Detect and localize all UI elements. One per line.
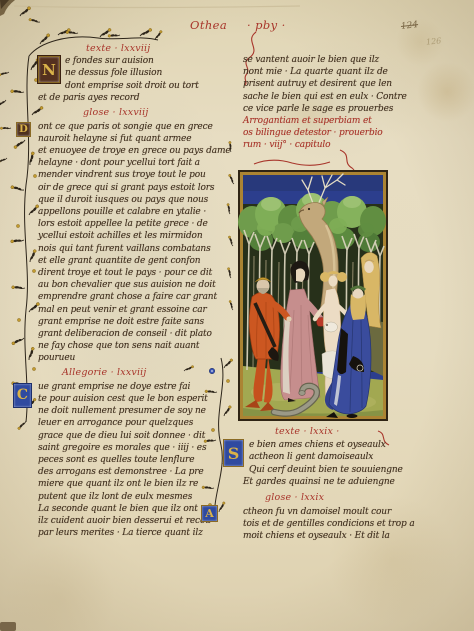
text-line: actheon li gent damoiseaulx [243,451,425,463]
text-line: Qui cerf deuint bien te souuiengne [243,464,425,476]
text-line: mal en peut venir et grant essoine car [38,304,234,316]
right-text-column-bottom: texte · lxxix · S e bien ames chiens et … [243,426,425,542]
text-line: ce vice parle le sage es prouerbes [243,103,425,115]
text-line: pourueu [38,352,234,364]
text-line: se vantent auoir le bien que ilz [243,54,425,66]
manuscript-page: Othea · pby · 124 126 texte · lxxviij N … [0,0,474,631]
text-line: et elle grant quantite de gent confon [38,255,234,267]
text-line: miere que quant ilz ont le bien ilz re [38,478,234,490]
text-line: ne doit nullement presumer de soy ne [38,405,234,417]
text-line: ne fay chose que ton sens nait auant [38,340,234,352]
text-line: os bilingue detestor · prouerbio [243,127,425,139]
running-title: Othea [190,18,227,32]
text-line: oir de grece qui si grant pays estoit lo… [38,182,234,194]
miniature-illustration [238,170,388,421]
folio-number: 126 [426,36,442,46]
text-line: Et gardes quainsi ne te aduiengne [243,476,425,488]
running-section-number: · pby · [247,18,286,32]
text-line: helayne · dont pour ycellui tort fait a [38,157,234,169]
miniature-scene [238,170,388,421]
text-line: moit chiens et oyseaulx · Et dit la [243,530,425,542]
illuminated-initial-a: A [201,505,218,522]
text-line: grant deliberacion de conseil · dit plat… [38,328,234,340]
text-line: nont mie · La quarte quant ilz de [243,66,425,78]
glose-78-text: D ont ce que paris ot songie que en grec… [38,121,234,365]
text-line: dirent troye et tout le pays · pour ce d… [38,267,234,279]
text-line: te pour auision cest que le bon esperit [38,393,234,405]
text-line: des arrogans est demonstree · La pre [38,466,234,478]
text-line: rum · viij° · capitulo [243,139,425,151]
right-text-column-top: se vantent auoir le bien que ilznont mie… [243,54,425,152]
text-line: tois et de gentilles condicions et trop … [243,518,425,530]
text-line: emprendre grant chose a faire car grant [38,291,234,303]
allegorie-continuation: se vantent auoir le bien que ilznont mie… [243,54,425,152]
verse-lines: e bien ames chiens et oyseaulxactheon li… [243,439,425,489]
glose-lines: ctheon fu vn damoisel moult courtois et … [243,506,425,543]
text-line: sache le bien qui est en eulx · Contre [243,91,425,103]
text-line: et de paris ayes record [38,92,234,104]
glose-rubric-78: glose · lxxviij [38,107,234,119]
illuminated-initial-c: C [13,383,32,408]
text-line: dont emprise soit droit ou tort [38,80,234,92]
texte-rubric-78: texte · lxxviij [38,43,234,55]
text-line: ycellui estoit achilles et les mirmidon [38,230,234,242]
text-line: grace que de dieu lui soit donnee · dit [38,430,234,442]
text-line: nois qui tant furent vaillans combatans [38,243,234,255]
text-line: saint gregoire es morales que · iiij · e… [38,442,234,454]
texte-rubric-79: texte · lxxix · [243,426,425,438]
text-line: que il duroit iusques ou pays que nous [38,194,234,206]
text-line: peces sont es quelles toute lenflure [38,454,234,466]
text-line: lors estoit appellee la petite grece · d… [38,218,234,230]
text-line: ne dessus fole illusion [38,67,234,79]
text-line: mender vindrent sus troye tout le pou [38,169,234,181]
illuminated-initial-n: N [38,56,60,83]
illuminated-initial-d: D [16,122,31,137]
text-line: putent que ilz lont de eulx mesmes [38,491,234,503]
illuminated-initial-s: S [223,439,244,467]
page-edge-mark [0,622,16,631]
text-line: ue grant emprise ne doye estre fai [38,381,234,393]
texte-79-verse: S e bien ames chiens et oyseaulxactheon … [243,439,425,489]
page-edge-mark [0,0,15,16]
latin-quote-lines: Arrogantiam et superbiam etos bilingue d… [243,115,425,152]
glose-lines: ont ce que paris ot songie que en grecen… [38,121,234,365]
text-line: leuer en arrogance pour quelzques [38,417,234,429]
text-line: ont ce que paris ot songie que en grece [38,121,234,133]
text-line: nauroit helayne si fut quant armee [38,133,234,145]
glose-79-text: A ctheon fu vn damoisel moult courtois e… [243,506,425,543]
text-line: et enuoyee de troye en grece ou pays dam… [38,145,234,157]
text-line: appellons pouille et calabre en ytalie · [38,206,234,218]
text-line: ctheon fu vn damoisel moult cour [243,506,425,518]
folio-number-crossed-out: 124 [400,20,418,32]
verse-lines: e fondes sur auisionne dessus fole illus… [38,55,234,105]
text-line: Arrogantiam et superbiam et [243,115,425,127]
left-text-column: texte · lxxviij N e fondes sur auisionne… [38,43,234,539]
text-line: par leurs merites · La tierce quant ilz [38,527,234,539]
text-line: e bien ames chiens et oyseaulx [243,439,425,451]
text-line: e fondes sur auision [38,55,234,67]
text-line: prisent autruy et desirent que len [243,78,425,90]
texte-78-verse: N e fondes sur auisionne dessus fole ill… [38,55,234,105]
allegorie-rubric-78: Allegorie · lxxviij [38,367,234,379]
glose-rubric-79: glose · lxxix [243,492,425,504]
text-line: grant emprise ne doit estre faite sans [38,316,234,328]
continuation-lines: se vantent auoir le bien que ilznont mie… [243,54,425,115]
text-line: au bon chevalier que sus auision ne doit [38,279,234,291]
white-dog [325,322,338,332]
